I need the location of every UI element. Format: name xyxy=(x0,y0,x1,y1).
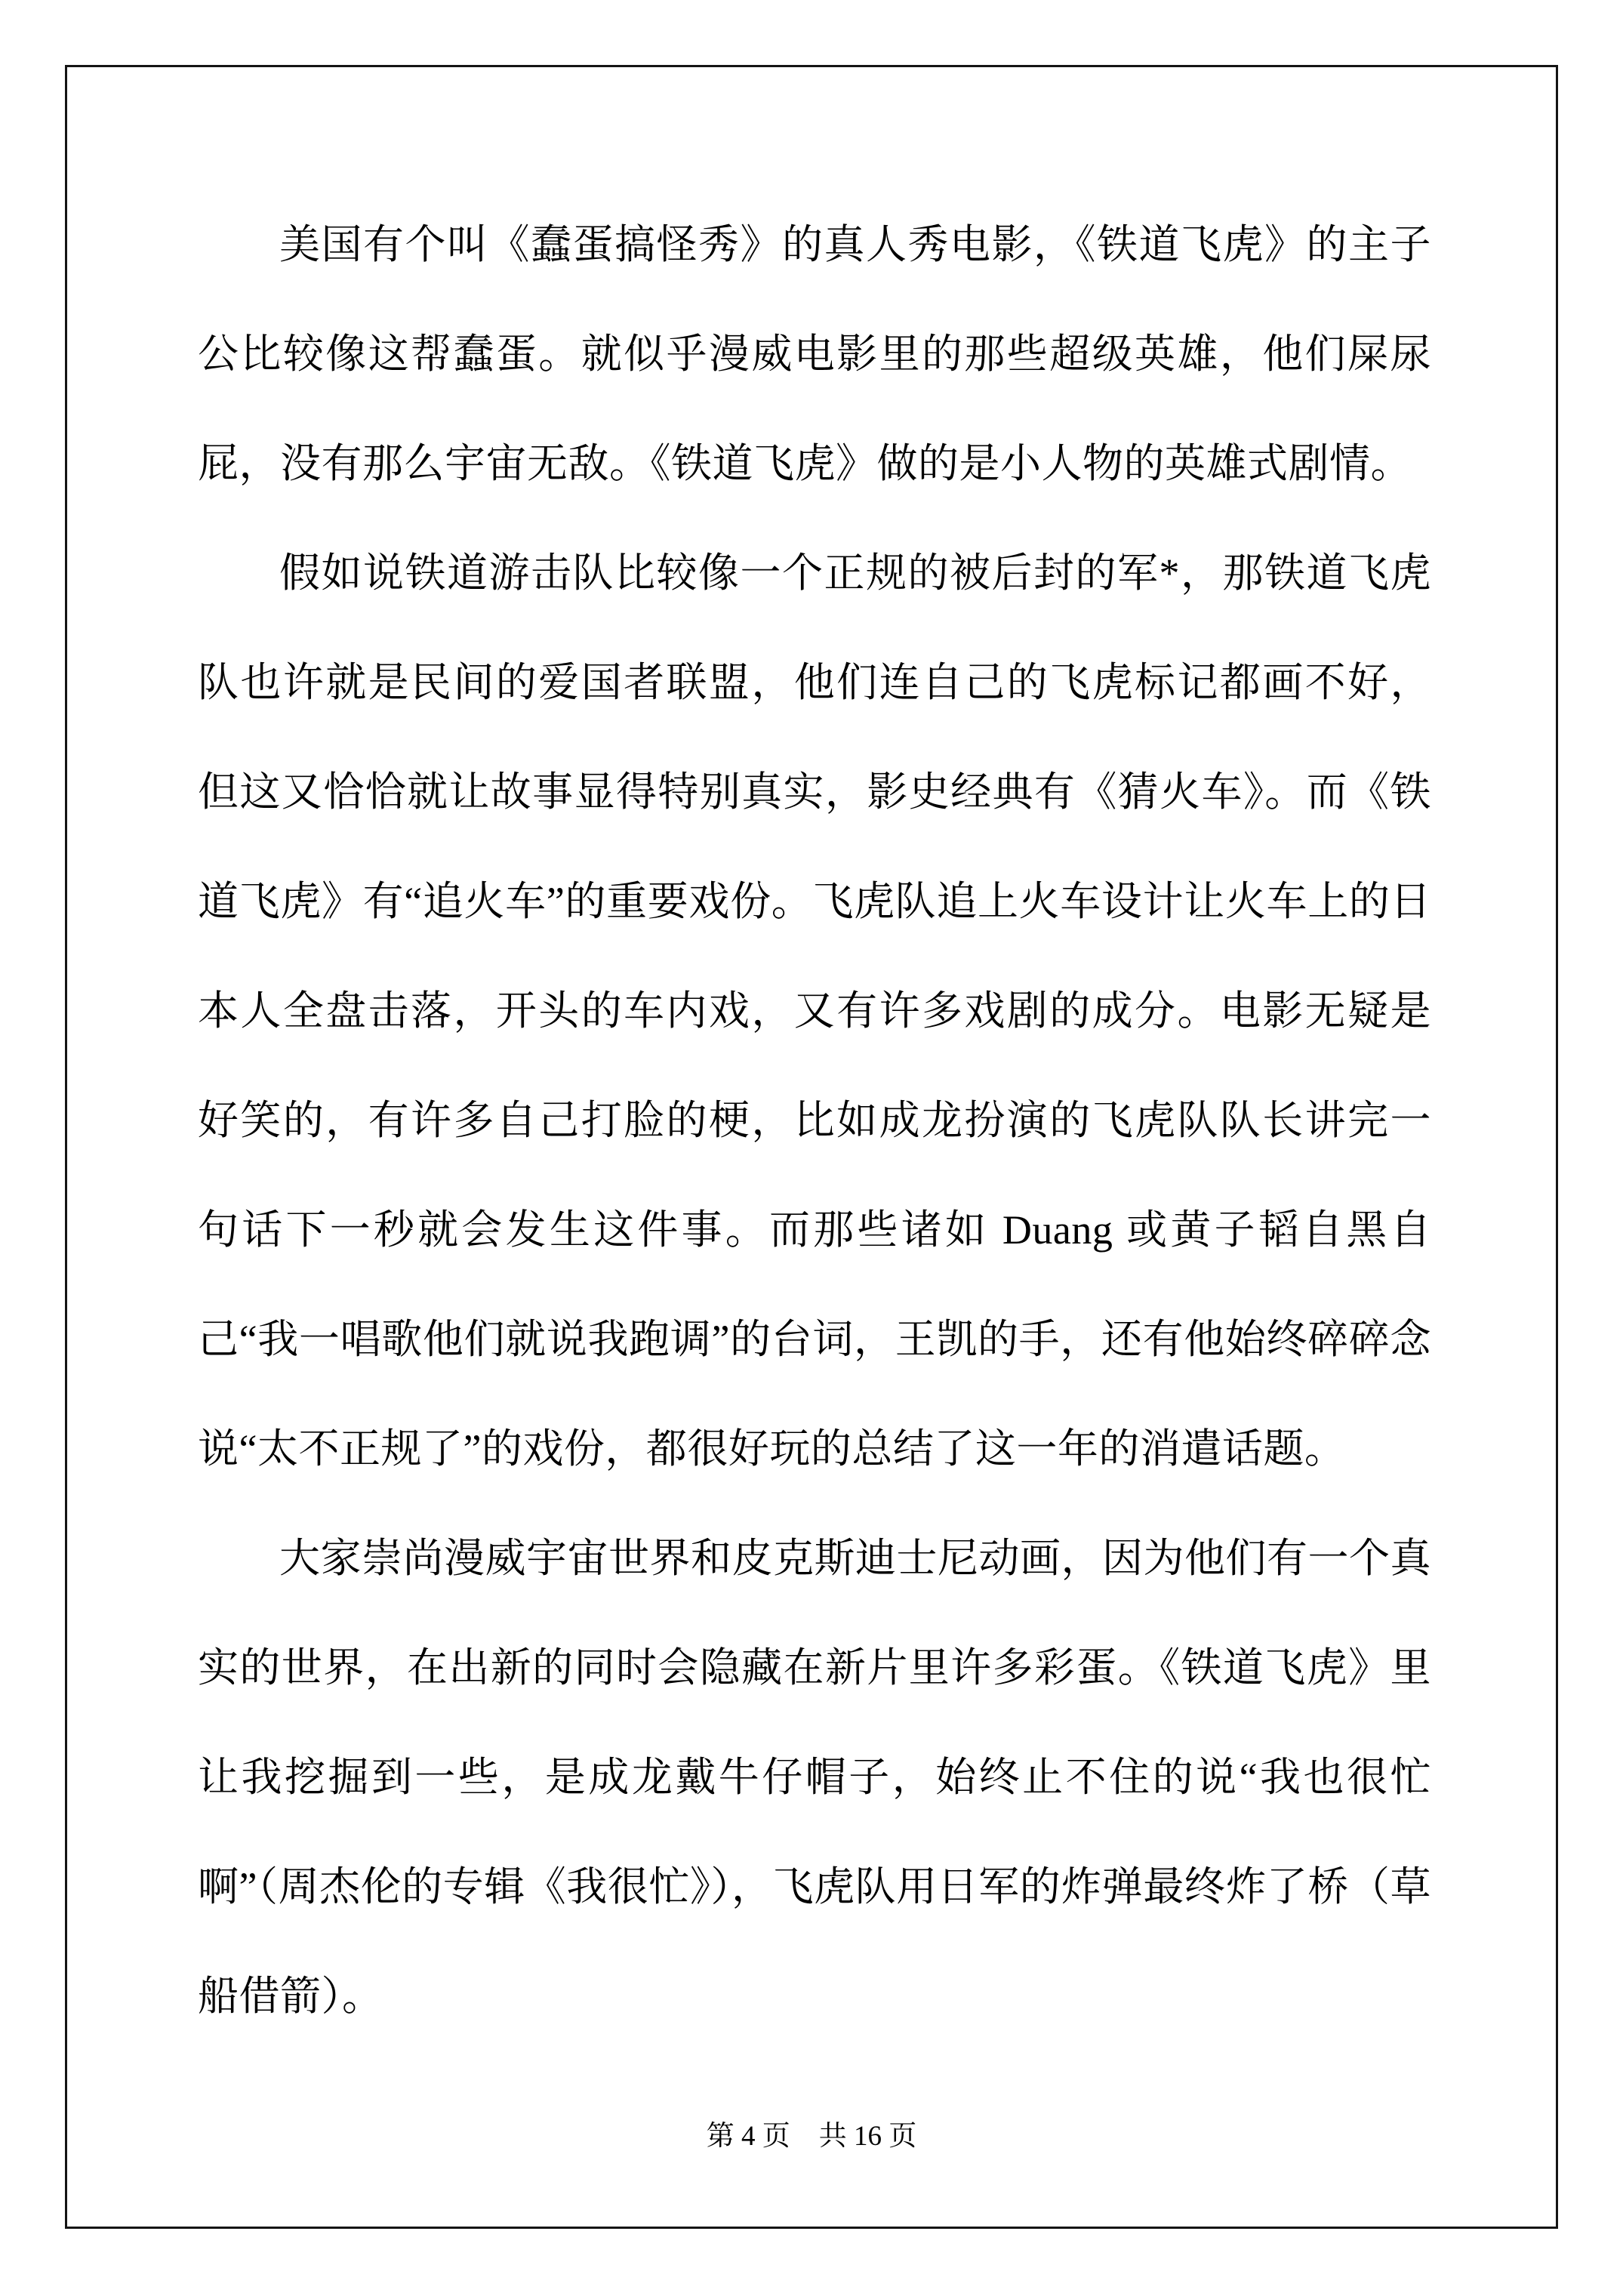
paragraph: 大家崇尚漫威宇宙世界和皮克斯迪士尼动画，因为他们有一个真实的世界，在出新的同时会… xyxy=(198,1504,1431,2051)
document-page: 美国有个叫《蠢蛋搞怪秀》的真人秀电影，《铁道飞虎》的主子公比较像这帮蠢蛋。就似乎… xyxy=(0,0,1623,2296)
document-body: 美国有个叫《蠢蛋搞怪秀》的真人秀电影，《铁道飞虎》的主子公比较像这帮蠢蛋。就似乎… xyxy=(198,190,1431,2051)
paragraph: 假如说铁道游击队比较像一个正规的被后封的军*，那铁道飞虎队也许就是民间的爱国者联… xyxy=(198,519,1431,1504)
page-footer: 第 4 页共 16 页 xyxy=(0,2119,1623,2155)
paragraph: 美国有个叫《蠢蛋搞怪秀》的真人秀电影，《铁道飞虎》的主子公比较像这帮蠢蛋。就似乎… xyxy=(198,190,1431,519)
footer-page-number: 第 4 页 xyxy=(707,2119,790,2155)
footer-page-total: 共 16 页 xyxy=(819,2119,917,2155)
